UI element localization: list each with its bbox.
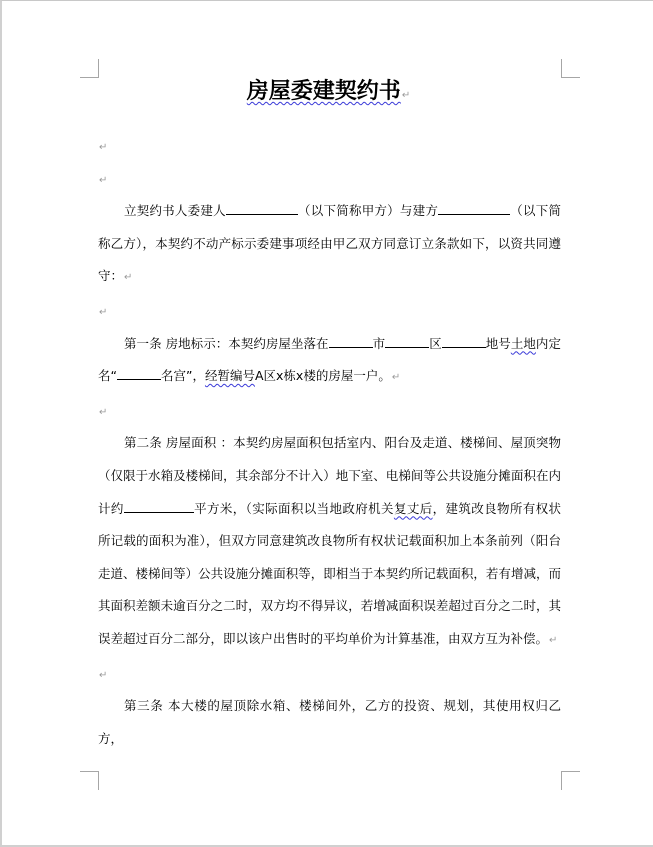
text-run: A区x栋x楼的房屋一户。 [255, 368, 391, 383]
empty-paragraph: ↵ [98, 163, 561, 196]
blank-field-city [329, 335, 373, 348]
document-title[interactable]: 房屋委建契约书↵ [2, 77, 653, 111]
spellcheck-flagged-text: 经暂编号 [205, 368, 255, 383]
margin-corner-mark-top-left [80, 59, 99, 78]
document-body[interactable]: ↵ ↵ 立契约书人委建人（以下简称甲方）与建方（以下简称乙方），本契约不动产标示… [98, 130, 561, 755]
text-run: （以下简称甲方）与建方 [298, 203, 438, 218]
paragraph-mark-icon: ↵ [99, 175, 107, 186]
paragraph-article-2: 第二条 房屋面积 ：本契约房屋面积包括室内、阳台及走道、楼梯间、屋顶突物（仅限于… [98, 427, 561, 657]
text-run: 平方米，（实际面积以当地政府机关 [194, 501, 394, 516]
text-run: 区 [429, 336, 442, 351]
text-run: 立契约书人委建人 [124, 203, 226, 218]
spellcheck-flagged-text: 土地 [511, 336, 536, 351]
blank-field-builder [438, 202, 510, 215]
margin-corner-mark-bottom-right [561, 771, 580, 790]
document-page: 房屋委建契约书↵ ↵ ↵ 立契约书人委建人（以下简称甲方）与建方（以下简称乙方）… [0, 0, 653, 847]
blank-field-client [226, 202, 298, 215]
margin-corner-mark-bottom-left [80, 771, 99, 790]
text-run: ，建筑改良物所有权状所记载的面积为准），但双方同意建筑改良物所有权状记载面积加上… [98, 501, 561, 646]
empty-paragraph: ↵ [98, 295, 561, 328]
paragraph-mark-icon: ↵ [99, 142, 107, 153]
empty-paragraph: ↵ [98, 395, 561, 428]
blank-field-district [385, 335, 429, 348]
margin-corner-mark-top-right [561, 59, 580, 78]
paragraph-mark-icon: ↵ [549, 635, 557, 646]
title-text: 房屋委建契约书 [247, 79, 401, 104]
paragraph-mark-icon: ↵ [124, 272, 132, 283]
spellcheck-flagged-text: 复丈后 [394, 501, 433, 516]
paragraph-mark-icon: ↵ [99, 670, 107, 681]
text-run: 地号 [486, 336, 511, 351]
paragraph-intro: 立契约书人委建人（以下简称甲方）与建方（以下简称乙方），本契约不动产标示委建事项… [98, 195, 561, 295]
empty-paragraph: ↵ [98, 130, 561, 163]
blank-field-building-name [117, 367, 161, 380]
text-run: 第三条 本大楼的屋顶除水箱、楼梯间外，乙方的投资、规划，其使用权归乙方， [98, 698, 561, 746]
text-run: 第一条 房地标示：本契约房屋坐落在 [124, 336, 329, 351]
paragraph-mark-icon: ↵ [99, 307, 107, 318]
paragraph-mark-icon: ↵ [402, 90, 410, 101]
blank-field-lot-number [442, 335, 486, 348]
paragraph-article-1: 第一条 房地标示：本契约房屋坐落在市区地号土地内定名“名宫”，经暂编号A区x栋x… [98, 328, 561, 395]
empty-paragraph: ↵ [98, 658, 561, 691]
paragraph-article-3: 第三条 本大楼的屋顶除水箱、楼梯间外，乙方的投资、规划，其使用权归乙方， [98, 690, 561, 755]
text-run: 市 [373, 336, 386, 351]
paragraph-mark-icon: ↵ [392, 372, 400, 383]
paragraph-mark-icon: ↵ [99, 407, 107, 418]
blank-field-area [124, 500, 194, 513]
text-run: 名宫”， [161, 368, 205, 383]
